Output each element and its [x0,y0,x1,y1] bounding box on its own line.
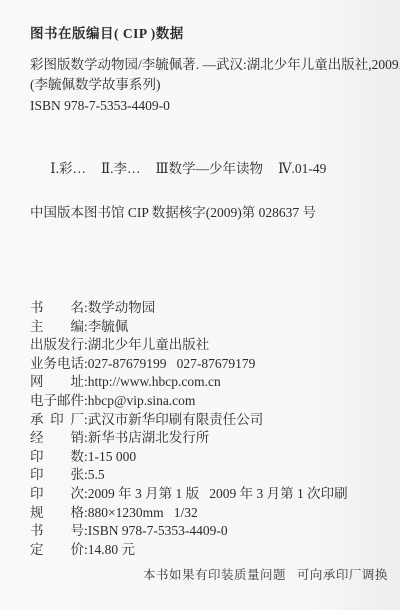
colophon-label: 电子邮件 [30,392,84,411]
colophon-row: 出版发行:湖北少年儿童出版社 [30,336,396,355]
cip-classification-item: Ⅳ.01-49 [278,161,326,176]
colophon-value: hbcp@vip.sina.com [88,393,196,408]
cip-classification-item: Ⅱ.李… [101,161,141,176]
colophon-value: 湖北少年儿童出版社 [88,337,210,352]
colophon-value: 2009 年 3 月第 1 版 2009 年 3 月第 1 次印刷 [88,486,348,501]
cip-record-number: 中国版本图书馆 CIP 数据核字(2009)第 028637 号 [30,203,394,224]
colophon-value: 新华书店湖北发行所 [88,430,210,445]
colophon-value: 880×1230mm 1/32 [88,505,198,520]
cip-series: (李毓佩数学故事系列) [30,75,394,96]
cip-classification-item: Ⅰ.彩… [50,161,86,176]
colophon-row: 书号:ISBN 978-7-5353-4409-0 [30,522,396,541]
colophon-label: 定价 [30,541,84,560]
colophon-row: 主编:李毓佩 [30,318,396,337]
colophon-value: 数学动物园 [88,300,156,315]
colophon-value: http://www.hbcp.com.cn [88,374,221,389]
colophon-label: 网址 [30,373,84,392]
cip-header: 图书在版编目( CIP )数据 [30,24,394,45]
colophon-value: 李毓佩 [88,319,129,334]
colophon-value: 1-15 000 [88,449,136,464]
colophon-label: 印数 [30,448,84,467]
cip-classification-item: Ⅲ数学—少年读物 [156,161,264,176]
colophon-row: 书名:数学动物园 [30,299,396,318]
colophon-label: 书号 [30,522,84,541]
colophon-label: 规格 [30,504,84,523]
colophon-row: 印次:2009 年 3 月第 1 版 2009 年 3 月第 1 次印刷 [30,485,396,504]
colophon-label: 印张 [30,466,84,485]
book-copyright-page: 图书在版编目( CIP )数据 彩图版数学动物园/李毓佩著. —武汉:湖北少年儿… [0,0,400,610]
colophon-row: 经销:新华书店湖北发行所 [30,429,396,448]
colophon-row: 电子邮件:hbcp@vip.sina.com [30,392,396,411]
colophon-value: 14.80 元 [88,542,135,557]
colophon-section: 书名:数学动物园主编:李毓佩出版发行:湖北少年儿童出版社业务电话:027-876… [30,299,396,559]
cip-section: 图书在版编目( CIP )数据 彩图版数学动物园/李毓佩著. —武汉:湖北少年儿… [30,24,394,223]
colophon-row: 网址:http://www.hbcp.com.cn [30,373,396,392]
colophon-label: 业务电话 [30,355,84,374]
colophon-label: 出版发行 [30,336,84,355]
colophon-row: 定价:14.80 元 [30,541,396,560]
colophon-label: 承印厂 [30,411,84,430]
colophon-row: 承印厂:武汉市新华印刷有限责任公司 [30,411,396,430]
colophon-row: 规格:880×1230mm 1/32 [30,504,396,523]
colophon-label: 经销 [30,429,84,448]
colophon-value: 5.5 [88,467,105,482]
colophon-row: 印数:1-15 000 [30,448,396,467]
cip-description: 彩图版数学动物园/李毓佩著. —武汉:湖北少年儿童出版社,2009.3 [30,55,394,76]
colophon-row: 印张:5.5 [30,466,396,485]
colophon-label: 书名 [30,299,84,318]
colophon-label: 主编 [30,318,84,337]
quality-notice: 本书如果有印装质量问题 可向承印厂调换 [143,565,388,583]
cip-isbn: ISBN 978-7-5353-4409-0 [30,96,394,117]
cip-classification: Ⅰ.彩…Ⅱ.李…Ⅲ数学—少年读物Ⅳ.01-49 [30,138,394,200]
colophon-value: 027-87679199 027-87679179 [88,356,256,371]
colophon-label: 印次 [30,485,84,504]
colophon-row: 业务电话:027-87679199 027-87679179 [30,355,396,374]
colophon-value: 武汉市新华印刷有限责任公司 [88,412,264,427]
colophon-value: ISBN 978-7-5353-4409-0 [88,523,228,538]
